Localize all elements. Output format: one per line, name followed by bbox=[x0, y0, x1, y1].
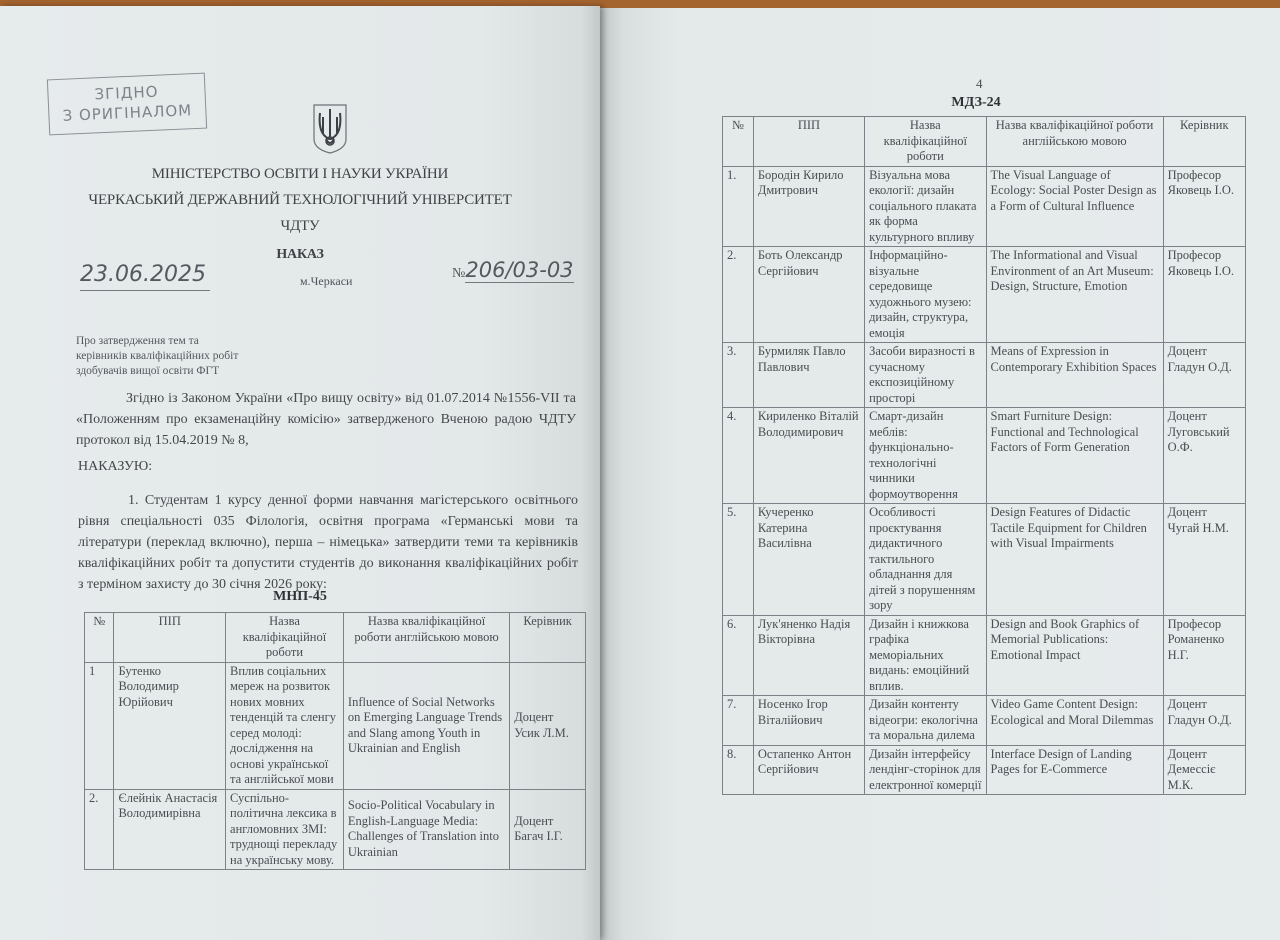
header-supervisor: Керівник bbox=[510, 613, 586, 663]
group-title-mnp45: МНП-45 bbox=[0, 589, 600, 605]
cell-number: 8. bbox=[723, 745, 754, 795]
university-name: ЧЕРКАСЬКИЙ ДЕРЖАВНИЙ ТЕХНОЛОГІЧНИЙ УНІВЕ… bbox=[0, 192, 600, 209]
cell-title-ua: Особливості проєктування дидактичного та… bbox=[865, 504, 986, 616]
cell-student-name: Лук'яненко Надія Вікторівна bbox=[753, 615, 864, 696]
cell-student-name: Бутенко Володимир Юрійович bbox=[114, 662, 226, 789]
cell-title-en: Means of Expression in Contemporary Exhi… bbox=[986, 343, 1163, 408]
cell-title-en: The Informational and Visual Environment… bbox=[986, 247, 1163, 343]
table-header-row: №ПІПНазва кваліфікаційної роботиНазва кв… bbox=[723, 117, 1246, 167]
cell-title-ua: Вплив соціальних мереж на розвиток нових… bbox=[226, 662, 344, 789]
table-row: 1.Бородін Кирило ДмитровичВізуальна мова… bbox=[723, 166, 1246, 247]
cell-title-ua: Смарт-дизайн меблів: функціонально-техно… bbox=[865, 408, 986, 504]
cell-number: 1. bbox=[723, 166, 754, 247]
cell-supervisor: Професор Романенко Н.Г. bbox=[1163, 615, 1245, 696]
cell-student-name: Носенко Ігор Віталійович bbox=[753, 696, 864, 746]
header-title-en: Назва кваліфікаційної роботи англійською… bbox=[986, 117, 1163, 167]
preamble: Згідно із Законом України «Про вищу осві… bbox=[76, 388, 576, 451]
header-no: № bbox=[723, 117, 754, 167]
cell-supervisor: Професор Яковець І.О. bbox=[1163, 247, 1245, 343]
cell-number: 1 bbox=[85, 662, 114, 789]
cell-supervisor: Доцент Гладун О.Д. bbox=[1163, 343, 1245, 408]
cell-student-name: Боть Олександр Сергійович bbox=[753, 247, 864, 343]
cell-supervisor: Доцент Чугай Н.М. bbox=[1163, 504, 1245, 616]
left-page: ЗГІДНО З ОРИГІНАЛОМ МІНІСТЕРСТВО ОСВІТИ … bbox=[0, 6, 600, 940]
cell-student-name: Бурмиляк Павло Павлович bbox=[753, 343, 864, 408]
cell-number: 7. bbox=[723, 696, 754, 746]
table-row: 2.Єлейнік Анастасія ВолодимирівнаСуспіль… bbox=[85, 789, 586, 870]
cell-number: 3. bbox=[723, 343, 754, 408]
cell-supervisor: Доцент Демессіє М.К. bbox=[1163, 745, 1245, 795]
trident-emblem-icon bbox=[312, 103, 348, 155]
header-name: ПІП bbox=[753, 117, 864, 167]
table-row: 4.Кириленко Віталій ВолодимировичСмарт-д… bbox=[723, 408, 1246, 504]
cell-number: 4. bbox=[723, 408, 754, 504]
handwritten-order-number: 206/03-03 bbox=[465, 258, 573, 283]
header-name: ПІП bbox=[114, 613, 226, 663]
page-number: 4 bbox=[976, 76, 983, 92]
order-word: НАКАЗУЮ: bbox=[78, 456, 152, 477]
order-number-field: №206/03-03 bbox=[452, 258, 602, 290]
cell-title-ua: Дизайн і книжкова графіка меморіальних в… bbox=[865, 615, 986, 696]
cell-title-en: The Visual Language of Ecology: Social P… bbox=[986, 166, 1163, 247]
right-page: 4 МДЗ-24 №ПІПНазва кваліфікаційної робот… bbox=[596, 8, 1280, 940]
subject-line: керівників кваліфікаційних робіт bbox=[76, 349, 238, 364]
number-sign: № bbox=[452, 266, 465, 281]
mnp45-table: №ПІПНазва кваліфікаційної роботиНазва кв… bbox=[84, 612, 586, 870]
cell-supervisor: Доцент Гладун О.Д. bbox=[1163, 696, 1245, 746]
cell-student-name: Єлейнік Анастасія Володимирівна bbox=[114, 789, 226, 870]
mdz24-table: №ПІПНазва кваліфікаційної роботиНазва кв… bbox=[722, 116, 1246, 795]
handwritten-date: 23.06.2025 bbox=[80, 262, 206, 287]
cell-title-ua: Дизайн контенту відеогри: екологічна та … bbox=[865, 696, 986, 746]
table-row: 8.Остапенко Антон СергійовичДизайн інтер… bbox=[723, 745, 1246, 795]
header-no: № bbox=[85, 613, 114, 663]
cell-title-en: Interface Design of Landing Pages for E-… bbox=[986, 745, 1163, 795]
cell-title-ua: Суспільно-політична лексика в англомовни… bbox=[226, 789, 344, 870]
cell-title-en: Socio-Political Vocabulary in English-La… bbox=[343, 789, 509, 870]
cell-title-ua: Засоби виразності в сучасному експозицій… bbox=[865, 343, 986, 408]
subject-line: Про затвердження тем та bbox=[76, 334, 238, 349]
group-title-mdz24: МДЗ-24 bbox=[896, 95, 1056, 111]
table-row: 7.Носенко Ігор ВіталійовичДизайн контент… bbox=[723, 696, 1246, 746]
cell-supervisor: Доцент Багач І.Г. bbox=[510, 789, 586, 870]
table-row: 6.Лук'яненко Надія ВікторівнаДизайн і кн… bbox=[723, 615, 1246, 696]
table-row: 2.Боть Олександр СергійовичІнформаційно-… bbox=[723, 247, 1246, 343]
cell-number: 5. bbox=[723, 504, 754, 616]
cell-title-ua: Дизайн інтерфейсу лендінг-сторінок для е… bbox=[865, 745, 986, 795]
cell-student-name: Бородін Кирило Дмитрович bbox=[753, 166, 864, 247]
ministry-name: МІНІСТЕРСТВО ОСВІТИ І НАУКИ УКРАЇНИ bbox=[0, 166, 600, 183]
cell-title-ua: Інформаційно-візуальне середовище художн… bbox=[865, 247, 986, 343]
cell-student-name: Остапенко Антон Сергійович bbox=[753, 745, 864, 795]
table-row: 5.Кучеренко Катерина ВасилівнаОсобливост… bbox=[723, 504, 1246, 616]
header-supervisor: Керівник bbox=[1163, 117, 1245, 167]
city: м.Черкаси bbox=[300, 274, 352, 289]
cell-student-name: Кучеренко Катерина Василівна bbox=[753, 504, 864, 616]
header-title-ua: Назва кваліфікаційної роботи bbox=[226, 613, 344, 663]
cell-number: 2. bbox=[723, 247, 754, 343]
certified-copy-stamp: ЗГІДНО З ОРИГІНАЛОМ bbox=[47, 73, 207, 136]
table-row: 1Бутенко Володимир ЮрійовичВплив соціаль… bbox=[85, 662, 586, 789]
clause-1: 1. Студентам 1 курсу денної форми навчан… bbox=[78, 490, 578, 595]
cell-student-name: Кириленко Віталій Володимирович bbox=[753, 408, 864, 504]
header-title-ua: Назва кваліфікаційної роботи bbox=[865, 117, 986, 167]
header-title-en: Назва кваліфікаційної роботи англійською… bbox=[343, 613, 509, 663]
cell-title-en: Smart Furniture Design: Functional and T… bbox=[986, 408, 1163, 504]
table-header-row: №ПІПНазва кваліфікаційної роботиНазва кв… bbox=[85, 613, 586, 663]
cell-title-en: Video Game Content Design: Ecological an… bbox=[986, 696, 1163, 746]
cell-supervisor: Доцент Усик Л.М. bbox=[510, 662, 586, 789]
cell-supervisor: Доцент Луговський О.Ф. bbox=[1163, 408, 1245, 504]
cell-title-en: Design Features of Didactic Tactile Equi… bbox=[986, 504, 1163, 616]
cell-number: 2. bbox=[85, 789, 114, 870]
cell-title-en: Influence of Social Networks on Emerging… bbox=[343, 662, 509, 789]
subject-line: здобувачів вищої освіти ФГТ bbox=[76, 364, 238, 379]
date-field: 23.06.2025 bbox=[80, 262, 210, 291]
order-subject: Про затвердження тем та керівників квалі… bbox=[76, 334, 238, 379]
university-abbr: ЧДТУ bbox=[0, 218, 600, 235]
cell-number: 6. bbox=[723, 615, 754, 696]
cell-title-ua: Візуальна мова екології: дизайн соціальн… bbox=[865, 166, 986, 247]
cell-title-en: Design and Book Graphics of Memorial Pub… bbox=[986, 615, 1163, 696]
table-row: 3.Бурмиляк Павло ПавловичЗасоби виразнос… bbox=[723, 343, 1246, 408]
cell-supervisor: Професор Яковець І.О. bbox=[1163, 166, 1245, 247]
